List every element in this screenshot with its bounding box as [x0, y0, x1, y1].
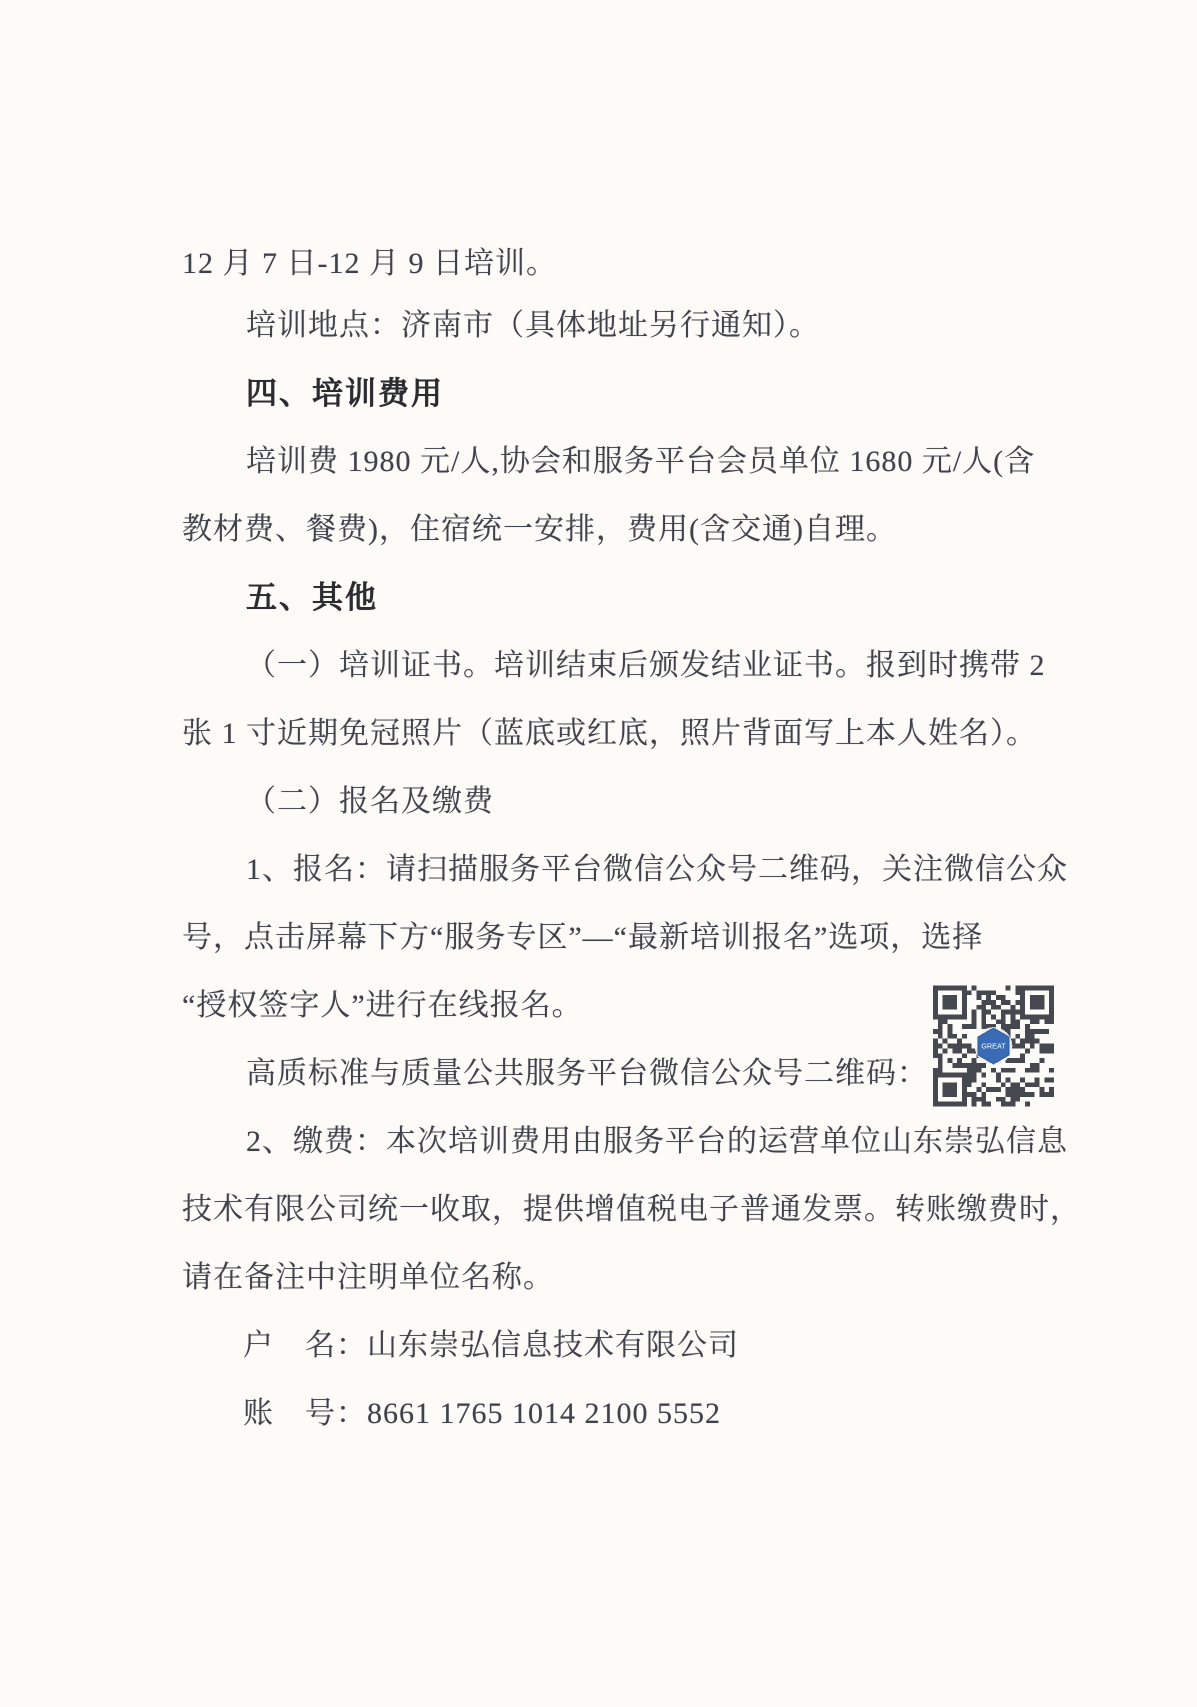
document-page: 12 月 7 日-12 月 9 日培训。 培训地点：济南市（具体地址另行通知）。…: [0, 0, 1197, 1707]
payment-line-3: 请在备注中注明单位名称。: [182, 1260, 554, 1296]
training-location-line: 培训地点：济南市（具体地址另行通知）。: [246, 308, 820, 344]
wechat-qr-code: GREAT: [933, 985, 1054, 1107]
registration-line-3: “授权签字人”进行在线报名。: [182, 988, 583, 1024]
section-5-heading: 五、其他: [246, 580, 378, 616]
account-number-line: 账 号：8661 1765 1014 2100 5552: [243, 1396, 721, 1432]
training-dates-line: 12 月 7 日-12 月 9 日培训。: [182, 246, 557, 282]
certificate-line-2: 张 1 寸近期免冠照片（蓝底或红底，照片背面写上本人姓名）。: [182, 716, 1037, 752]
section-4-heading: 四、培训费用: [246, 376, 444, 412]
registration-payment-subheading: （二）报名及缴费: [246, 784, 494, 820]
registration-line-1: 1、报名：请扫描服务平台微信公众号二维码，关注微信公众: [246, 852, 1068, 888]
fee-line-2: 教材费、餐费)，住宿统一安排，费用(含交通)自理。: [182, 512, 897, 548]
platform-logo-text: GREAT: [981, 1042, 1006, 1051]
account-name-line: 户 名：山东崇弘信息技术有限公司: [243, 1328, 739, 1364]
payment-line-2: 技术有限公司统一收取，提供增值税电子普通发票。转账缴费时，: [182, 1192, 1081, 1228]
registration-line-2: 号，点击屏幕下方“服务专区”—“最新培训报名”选项，选择: [182, 920, 983, 956]
qr-pattern: GREAT: [933, 985, 1054, 1107]
payment-line-1: 2、缴费：本次培训费用由服务平台的运营单位山东崇弘信息: [246, 1124, 1068, 1160]
qr-caption-line: 高质标准与质量公共服务平台微信公众号二维码：: [246, 1056, 928, 1092]
certificate-line-1: （一）培训证书。培训结束后颁发结业证书。报到时携带 2: [246, 648, 1046, 684]
fee-line-1: 培训费 1980 元/人,协会和服务平台会员单位 1680 元/人(含: [246, 444, 1035, 480]
